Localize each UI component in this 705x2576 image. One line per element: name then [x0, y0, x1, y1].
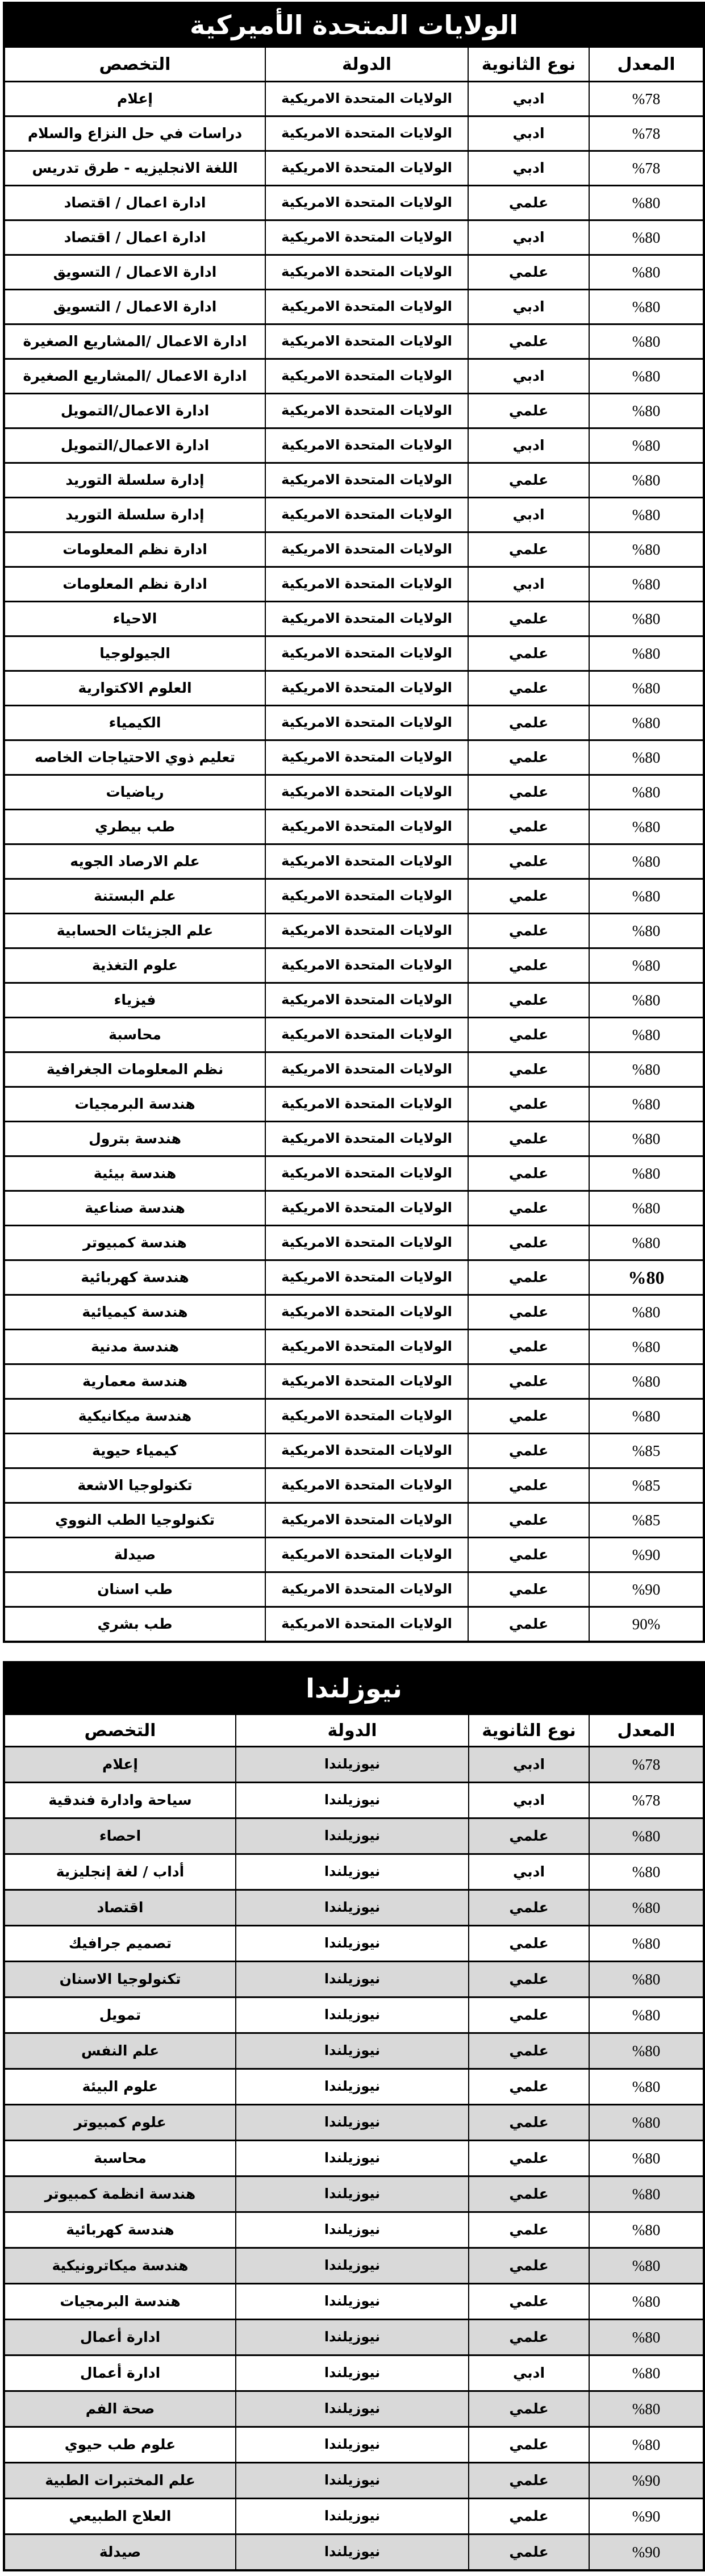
specialization-cell: إدارة سلسلة التوريد	[4, 498, 265, 532]
secondary-type-cell: علمي	[468, 1260, 589, 1295]
rate-cell: %80	[589, 532, 704, 567]
country-cell: الولايات المتحدة الامريكية	[265, 983, 468, 1018]
specialization-cell: علوم طب حيوي	[4, 2427, 236, 2463]
rate-cell: %80	[589, 1087, 704, 1122]
country-cell: نيوزيلندا	[236, 1997, 469, 2033]
rate-cell: %90	[589, 2463, 704, 2499]
specialization-cell: اللغة الانجليزيه - طرق تدريس	[4, 151, 265, 186]
specialization-cell: ادارة نظم المعلومات	[4, 532, 265, 567]
rate-cell: %80	[589, 2284, 704, 2320]
specialization-cell: ادارة الاعمال / التسويق	[4, 290, 265, 324]
specialization-cell: تكنولوجيا الاسنان	[4, 1962, 236, 1997]
table-header-row: المعدل نوع الثانوية الدولة التخصص	[4, 1714, 704, 1747]
table-title: الولايات المتحدة الأميركية	[4, 3, 704, 47]
country-cell: نيوزيلندا	[236, 2320, 469, 2356]
country-cell: نيوزيلندا	[236, 1747, 469, 1783]
rate-cell: %80	[589, 671, 704, 706]
secondary-type-cell: علمي	[469, 2427, 589, 2463]
table-row: %80علميالولايات المتحدة الامريكيةعلم الج…	[4, 914, 704, 948]
table-row: %80علمينيوزيلنداعلوم البيئة	[4, 2069, 704, 2105]
table-row: %80علميالولايات المتحدة الامريكيةالاحياء	[4, 602, 704, 636]
specialization-cell: هندسة صناعية	[4, 1191, 265, 1226]
country-cell: الولايات المتحدة الامريكية	[265, 1295, 468, 1330]
secondary-type-cell: علمي	[469, 2284, 589, 2320]
table-row: %80ادبيالولايات المتحدة الامريكيةادارة ا…	[4, 290, 704, 324]
secondary-type-cell: ادبي	[468, 82, 589, 116]
secondary-type-cell: علمي	[469, 2320, 589, 2356]
secondary-type-cell: علمي	[468, 706, 589, 740]
secondary-type-cell: علمي	[469, 2499, 589, 2535]
specialization-cell: تمويل	[4, 1997, 236, 2033]
table-row: %80علميالولايات المتحدة الامريكيةهندسة م…	[4, 1399, 704, 1434]
table-row: %80علميالولايات المتحدة الامريكيةهندسة ك…	[4, 1295, 704, 1330]
table-row: %80علمينيوزيلنداتصميم جرافيك	[4, 1926, 704, 1962]
rate-cell: %80	[589, 1295, 704, 1330]
country-cell: الولايات المتحدة الامريكية	[265, 1607, 468, 1642]
country-cell: نيوزيلندا	[236, 2463, 469, 2499]
secondary-type-cell: علمي	[468, 1538, 589, 1572]
country-cell: الولايات المتحدة الامريكية	[265, 1330, 468, 1364]
secondary-type-cell: ادبي	[468, 498, 589, 532]
country-cell: الولايات المتحدة الامريكية	[265, 810, 468, 844]
table-row: %80علميالولايات المتحدة الامريكيةعلم الب…	[4, 879, 704, 914]
rate-cell: %80	[589, 1890, 704, 1926]
rate-cell: %80	[589, 1997, 704, 2033]
specialization-cell: هندسة ميكاترونيكية	[4, 2248, 236, 2284]
table-row: %80علمينيوزيلنداتمويل	[4, 1997, 704, 2033]
table-row: %80علميالولايات المتحدة الامريكيةهندسة ا…	[4, 1087, 704, 1122]
rate-cell: %80	[589, 324, 704, 359]
country-cell: الولايات المتحدة الامريكية	[265, 1538, 468, 1572]
secondary-type-cell: علمي	[469, 2212, 589, 2248]
secondary-type-cell: علمي	[468, 532, 589, 567]
secondary-type-cell: ادبي	[468, 151, 589, 186]
rate-cell: %80	[589, 879, 704, 914]
secondary-type-cell: علمي	[468, 844, 589, 879]
rate-cell: %80	[589, 2356, 704, 2391]
table-row: %90علميالولايات المتحدة الامريكيةطب اسنا…	[4, 1572, 704, 1607]
specialization-cell: فيزياء	[4, 983, 265, 1018]
rate-cell: %80	[589, 810, 704, 844]
specialization-cell: هندسة البرمجيات	[4, 2284, 236, 2320]
specialization-cell: صحة الفم	[4, 2391, 236, 2427]
specialization-cell: علم الجزيئات الحسابية	[4, 914, 265, 948]
table-row: %80علميالولايات المتحدة الامريكيةادارة ا…	[4, 394, 704, 428]
rate-cell: 90%	[589, 1607, 704, 1642]
secondary-type-cell: علمي	[468, 1468, 589, 1503]
table-row: %80علمينيوزيلنداهندسة ميكاترونيكية	[4, 2248, 704, 2284]
country-cell: الولايات المتحدة الامريكية	[265, 116, 468, 151]
rate-cell: %90	[589, 2535, 704, 2571]
country-cell: الولايات المتحدة الامريكية	[265, 1572, 468, 1607]
rate-cell: %80	[589, 2212, 704, 2248]
country-cell: الولايات المتحدة الامريكية	[265, 186, 468, 220]
rate-cell: %80	[589, 2033, 704, 2069]
table-row: %80ادبينيوزيلنداادارة أعمال	[4, 2356, 704, 2391]
secondary-type-cell: علمي	[469, 1997, 589, 2033]
specialization-cell: هندسة بترول	[4, 1122, 265, 1156]
table-row: %80علميالولايات المتحدة الامريكيةالعلوم …	[4, 671, 704, 706]
specialization-cell: كيمياء حيوية	[4, 1434, 265, 1468]
secondary-type-cell: علمي	[468, 1364, 589, 1399]
secondary-type-cell: علمي	[469, 1926, 589, 1962]
table-row: %80علمينيوزيلنداهندسة البرمجيات	[4, 2284, 704, 2320]
specialization-cell: صيدلة	[4, 1538, 265, 1572]
specialization-cell: سياحة وادارة فندقية	[4, 1783, 236, 1818]
table-row: %90علمينيوزيلنداعلم المختبرات الطبية	[4, 2463, 704, 2499]
specialization-cell: محاسبة	[4, 1018, 265, 1052]
secondary-type-cell: علمي	[468, 1399, 589, 1434]
country-cell: الولايات المتحدة الامريكية	[265, 1122, 468, 1156]
rate-cell: %80	[589, 775, 704, 810]
country-cell: الولايات المتحدة الامريكية	[265, 151, 468, 186]
country-cell: نيوزيلندا	[236, 1926, 469, 1962]
secondary-type-cell: علمي	[468, 1503, 589, 1538]
rate-cell: %80	[589, 1926, 704, 1962]
country-cell: الولايات المتحدة الامريكية	[265, 671, 468, 706]
specialization-cell: هندسة انظمة كمبيوتر	[4, 2177, 236, 2212]
table-row: %80ادبيالولايات المتحدة الامريكيةادارة ا…	[4, 220, 704, 255]
rate-cell: %80	[589, 428, 704, 463]
country-cell: الولايات المتحدة الامريكية	[265, 948, 468, 983]
rate-cell: %80	[589, 2141, 704, 2177]
table-row: %80علميالولايات المتحدة الامريكيةمحاسبة	[4, 1018, 704, 1052]
country-cell: الولايات المتحدة الامريكية	[265, 706, 468, 740]
secondary-type-cell: علمي	[468, 1295, 589, 1330]
rate-cell: %80	[589, 2105, 704, 2141]
table-title-row: نيوزلندا	[4, 1662, 704, 1714]
country-cell: نيوزيلندا	[236, 2391, 469, 2427]
specialization-cell: ادارة أعمال	[4, 2320, 236, 2356]
specialization-cell: رياضيات	[4, 775, 265, 810]
table-row: %80علمينيوزيلندامحاسبة	[4, 2141, 704, 2177]
rate-cell: %80	[589, 498, 704, 532]
rate-cell: %80	[589, 706, 704, 740]
rate-cell: %80	[589, 290, 704, 324]
specialization-cell: أداب / لغة إنجليزية	[4, 1854, 236, 1890]
specialization-cell: إعلام	[4, 1747, 236, 1783]
country-cell: الولايات المتحدة الامريكية	[265, 220, 468, 255]
secondary-type-cell: علمي	[468, 879, 589, 914]
table-row: %78ادبيالولايات المتحدة الامريكيةاللغة ا…	[4, 151, 704, 186]
country-cell: الولايات المتحدة الامريكية	[265, 1364, 468, 1399]
table-row: %80علمينيوزيلنداصحة الفم	[4, 2391, 704, 2427]
secondary-type-cell: علمي	[468, 948, 589, 983]
rate-cell: %80	[589, 2320, 704, 2356]
rate-cell: %80	[589, 636, 704, 671]
country-cell: الولايات المتحدة الامريكية	[265, 1503, 468, 1538]
country-cell: نيوزيلندا	[236, 2212, 469, 2248]
rate-cell: %80	[589, 1818, 704, 1854]
table-row: %80علميالولايات المتحدة الامريكيةفيزياء	[4, 983, 704, 1018]
table-row: %80علميالولايات المتحدة الامريكيةنظم الم…	[4, 1052, 704, 1087]
specialization-cell: هندسة كمبيوتر	[4, 1226, 265, 1260]
rate-cell: %90	[589, 1538, 704, 1572]
secondary-type-cell: علمي	[468, 324, 589, 359]
specialization-cell: علم الارصاد الجويه	[4, 844, 265, 879]
table-row: %80علميالولايات المتحدة الامريكيةهندسة م…	[4, 1364, 704, 1399]
specialization-cell: نظم المعلومات الجغرافية	[4, 1052, 265, 1087]
specialization-cell: هندسة ميكانيكية	[4, 1399, 265, 1434]
rate-cell: %80	[589, 914, 704, 948]
secondary-type-cell: علمي	[468, 1087, 589, 1122]
specialization-cell: العلوم الاكتوارية	[4, 671, 265, 706]
table-title-row: الولايات المتحدة الأميركية	[4, 3, 704, 47]
country-cell: الولايات المتحدة الامريكية	[265, 1087, 468, 1122]
table-row: %80علمينيوزيلندااحصاء	[4, 1818, 704, 1854]
table-row: %85علميالولايات المتحدة الامريكيةتكنولوج…	[4, 1503, 704, 1538]
country-cell: نيوزيلندا	[236, 2499, 469, 2535]
country-cell: نيوزيلندا	[236, 2105, 469, 2141]
country-cell: الولايات المتحدة الامريكية	[265, 498, 468, 532]
secondary-type-cell: علمي	[468, 671, 589, 706]
country-cell: نيوزيلندا	[236, 2427, 469, 2463]
secondary-type-cell: علمي	[468, 186, 589, 220]
secondary-type-cell: علمي	[468, 1018, 589, 1052]
secondary-type-cell: علمي	[469, 2033, 589, 2069]
col-header-rate: المعدل	[589, 47, 704, 82]
table-row: %80علمينيوزيلنداعلم النفس	[4, 2033, 704, 2069]
specialization-cell: هندسة البرمجيات	[4, 1087, 265, 1122]
rate-cell: %80	[589, 1364, 704, 1399]
country-cell: الولايات المتحدة الامريكية	[265, 532, 468, 567]
rate-cell: %90	[589, 2499, 704, 2535]
rate-cell: %78	[589, 82, 704, 116]
specialization-cell: هندسة بيئية	[4, 1156, 265, 1191]
specialization-cell: ادارة نظم المعلومات	[4, 567, 265, 602]
rate-cell: %85	[589, 1468, 704, 1503]
rate-cell: %80	[589, 2391, 704, 2427]
table-row: %80ادبيالولايات المتحدة الامريكيةادارة ن…	[4, 567, 704, 602]
specialization-cell: ادارة الاعمال /المشاريع الصغيرة	[4, 359, 265, 394]
rate-cell: %80	[589, 1018, 704, 1052]
table-row: %78ادبينيوزيلنداسياحة وادارة فندقية	[4, 1783, 704, 1818]
secondary-type-cell: علمي	[469, 1962, 589, 1997]
secondary-type-cell: علمي	[468, 636, 589, 671]
secondary-type-cell: علمي	[468, 255, 589, 290]
country-cell: نيوزيلندا	[236, 1962, 469, 1997]
table-row: %80علميالولايات المتحدة الامريكيةطب بيطر…	[4, 810, 704, 844]
table-row: %80علميالولايات المتحدة الامريكيةهندسة ب…	[4, 1122, 704, 1156]
table-row: %90علمينيوزيلنداالعلاج الطبيعي	[4, 2499, 704, 2535]
country-cell: الولايات المتحدة الامريكية	[265, 636, 468, 671]
secondary-type-cell: علمي	[468, 463, 589, 498]
country-cell: الولايات المتحدة الامريكية	[265, 740, 468, 775]
secondary-type-cell: ادبي	[468, 428, 589, 463]
specialization-cell: ادارة اعمال / اقتصاد	[4, 186, 265, 220]
rate-cell: %80	[589, 2248, 704, 2284]
country-cell: الولايات المتحدة الامريكية	[265, 1226, 468, 1260]
rate-cell: %80	[589, 2069, 704, 2105]
rate-cell: %90	[589, 1572, 704, 1607]
col-header-country: الدولة	[265, 47, 468, 82]
secondary-type-cell: ادبي	[469, 2356, 589, 2391]
specialization-cell: علوم كمبيوتر	[4, 2105, 236, 2141]
secondary-type-cell: علمي	[469, 2463, 589, 2499]
country-cell: نيوزيلندا	[236, 1890, 469, 1926]
specialization-cell: إدارة سلسلة التوريد	[4, 463, 265, 498]
table-body: %78ادبينيوزيلنداإعلام%78ادبينيوزيلنداسيا…	[4, 1747, 704, 2571]
secondary-type-cell: علمي	[469, 2391, 589, 2427]
table-row: %80ادبيالولايات المتحدة الامريكيةإدارة س…	[4, 498, 704, 532]
rate-cell: %80	[589, 983, 704, 1018]
country-cell: الولايات المتحدة الامريكية	[265, 1156, 468, 1191]
country-cell: الولايات المتحدة الامريكية	[265, 428, 468, 463]
table-row: %80علمينيوزيلنداهندسة كهربائية	[4, 2212, 704, 2248]
country-cell: الولايات المتحدة الامريكية	[265, 1018, 468, 1052]
table-row: %80علميالولايات المتحدة الامريكيةادارة ا…	[4, 324, 704, 359]
table-row: %80علميالولايات المتحدة الامريكيةرياضيات	[4, 775, 704, 810]
rate-cell: %80	[589, 1122, 704, 1156]
secondary-type-cell: علمي	[468, 1226, 589, 1260]
specialization-cell: طب بيطري	[4, 810, 265, 844]
secondary-type-cell: علمي	[468, 1052, 589, 1087]
specialization-cell: تعليم ذوي الاحتياجات الخاصه	[4, 740, 265, 775]
rate-cell: %80	[589, 1330, 704, 1364]
table-row: %80علميالولايات المتحدة الامريكيةهندسة ك…	[4, 1260, 704, 1295]
table-row: %80علميالولايات المتحدة الامريكيةادارة ا…	[4, 255, 704, 290]
table-row: %80علمينيوزيلنداعلوم طب حيوي	[4, 2427, 704, 2463]
page: { "tables": [ { "title": "الولايات المتح…	[0, 0, 705, 2576]
col-header-specialization: التخصص	[4, 47, 265, 82]
secondary-type-cell: علمي	[469, 2105, 589, 2141]
specialization-cell: الاحياء	[4, 602, 265, 636]
specialization-cell: ادارة الاعمال /المشاريع الصغيرة	[4, 324, 265, 359]
country-cell: الولايات المتحدة الامريكية	[265, 290, 468, 324]
rate-cell: %78	[589, 1783, 704, 1818]
specialization-cell: صيدلة	[4, 2535, 236, 2571]
table-body: %78ادبيالولايات المتحدة الامريكيةإعلام%7…	[4, 82, 704, 1642]
table-row: %80علمينيوزيلنداهندسة انظمة كمبيوتر	[4, 2177, 704, 2212]
secondary-type-cell: ادبي	[468, 290, 589, 324]
country-cell: الولايات المتحدة الامريكية	[265, 602, 468, 636]
col-header-specialization: التخصص	[4, 1714, 236, 1747]
specialization-cell: دراسات في حل النزاع والسلام	[4, 116, 265, 151]
specialization-cell: تكنولوجيا الاشعة	[4, 1468, 265, 1503]
table-header-row: المعدل نوع الثانوية الدولة التخصص	[4, 47, 704, 82]
table-row: %80علمينيوزيلنداعلوم كمبيوتر	[4, 2105, 704, 2141]
secondary-type-cell: علمي	[468, 394, 589, 428]
new-zealand-requirements-table: نيوزلندا المعدل نوع الثانوية الدولة التخ…	[3, 1661, 705, 2571]
table-title: نيوزلندا	[4, 1662, 704, 1714]
table-row: %78ادبيالولايات المتحدة الامريكيةدراسات …	[4, 116, 704, 151]
specialization-cell: هندسة كهربائية	[4, 1260, 265, 1295]
country-cell: الولايات المتحدة الامريكية	[265, 567, 468, 602]
table-row: %80علميالولايات المتحدة الامريكيةالجيولو…	[4, 636, 704, 671]
rate-cell: %80	[589, 1226, 704, 1260]
specialization-cell: تصميم جرافيك	[4, 1926, 236, 1962]
usa-requirements-table: الولايات المتحدة الأميركية المعدل نوع ال…	[3, 2, 705, 1643]
table-row: %80علميالولايات المتحدة الامريكيةتعليم ذ…	[4, 740, 704, 775]
specialization-cell: ادارة أعمال	[4, 2356, 236, 2391]
country-cell: نيوزيلندا	[236, 2535, 469, 2571]
rate-cell: %80	[589, 220, 704, 255]
col-header-country: الدولة	[236, 1714, 469, 1747]
country-cell: نيوزيلندا	[236, 2177, 469, 2212]
table-row: %80علميالولايات المتحدة الامريكيةعلوم ال…	[4, 948, 704, 983]
rate-cell: %80	[589, 740, 704, 775]
specialization-cell: إعلام	[4, 82, 265, 116]
secondary-type-cell: علمي	[468, 740, 589, 775]
specialization-cell: هندسة معمارية	[4, 1364, 265, 1399]
table-row: %80علميالولايات المتحدة الامريكيةادارة ن…	[4, 532, 704, 567]
table-row: %78ادبينيوزيلنداإعلام	[4, 1747, 704, 1783]
table-row: %80ادبينيوزيلنداأداب / لغة إنجليزية	[4, 1854, 704, 1890]
rate-cell: %80	[589, 394, 704, 428]
specialization-cell: علم البستنة	[4, 879, 265, 914]
specialization-cell: علم النفس	[4, 2033, 236, 2069]
table-row: %80علميالولايات المتحدة الامريكيةهندسة ص…	[4, 1191, 704, 1226]
specialization-cell: هندسة مدنية	[4, 1330, 265, 1364]
country-cell: الولايات المتحدة الامريكية	[265, 1434, 468, 1468]
secondary-type-cell: علمي	[468, 1607, 589, 1642]
country-cell: نيوزيلندا	[236, 2356, 469, 2391]
specialization-cell: العلاج الطبيعي	[4, 2499, 236, 2535]
secondary-type-cell: علمي	[469, 2535, 589, 2571]
rate-cell: %85	[589, 1434, 704, 1468]
country-cell: نيوزيلندا	[236, 2069, 469, 2105]
country-cell: الولايات المتحدة الامريكية	[265, 82, 468, 116]
col-header-secondary-type: نوع الثانوية	[468, 47, 589, 82]
table-row: %85علميالولايات المتحدة الامريكيةكيمياء …	[4, 1434, 704, 1468]
rate-cell: %80	[589, 463, 704, 498]
country-cell: الولايات المتحدة الامريكية	[265, 324, 468, 359]
secondary-type-cell: علمي	[469, 1890, 589, 1926]
rate-cell: %78	[589, 116, 704, 151]
country-cell: الولايات المتحدة الامريكية	[265, 844, 468, 879]
table-row: %80علميالولايات المتحدة الامريكيةإدارة س…	[4, 463, 704, 498]
specialization-cell: علم المختبرات الطبية	[4, 2463, 236, 2499]
secondary-type-cell: ادبي	[468, 359, 589, 394]
secondary-type-cell: علمي	[468, 1122, 589, 1156]
table-row: %80علميالولايات المتحدة الامريكيةهندسة ب…	[4, 1156, 704, 1191]
country-cell: الولايات المتحدة الامريكية	[265, 359, 468, 394]
country-cell: الولايات المتحدة الامريكية	[265, 1468, 468, 1503]
specialization-cell: تكنولوجيا الطب النووي	[4, 1503, 265, 1538]
rate-cell: %85	[589, 1503, 704, 1538]
rate-cell: %80	[589, 1052, 704, 1087]
table-row: %80علمينيوزيلنداتكنولوجيا الاسنان	[4, 1962, 704, 1997]
specialization-cell: ادارة الاعمال / التسويق	[4, 255, 265, 290]
specialization-cell: اقتصاد	[4, 1890, 236, 1926]
table-row: %80ادبيالولايات المتحدة الامريكيةادارة ا…	[4, 428, 704, 463]
secondary-type-cell: علمي	[468, 1572, 589, 1607]
specialization-cell: علوم التغذية	[4, 948, 265, 983]
country-cell: نيوزيلندا	[236, 2033, 469, 2069]
rate-cell: %80	[589, 2427, 704, 2463]
col-header-secondary-type: نوع الثانوية	[469, 1714, 589, 1747]
table-row: %85علميالولايات المتحدة الامريكيةتكنولوج…	[4, 1468, 704, 1503]
secondary-type-cell: علمي	[468, 775, 589, 810]
country-cell: الولايات المتحدة الامريكية	[265, 463, 468, 498]
country-cell: الولايات المتحدة الامريكية	[265, 879, 468, 914]
rate-cell: %80	[589, 2177, 704, 2212]
table-row: %90علميالولايات المتحدة الامريكيةصيدلة	[4, 1538, 704, 1572]
country-cell: الولايات المتحدة الامريكية	[265, 775, 468, 810]
rate-cell: %80	[589, 1156, 704, 1191]
specialization-cell: طب بشري	[4, 1607, 265, 1642]
secondary-type-cell: علمي	[468, 602, 589, 636]
country-cell: نيوزيلندا	[236, 2248, 469, 2284]
secondary-type-cell: علمي	[469, 1818, 589, 1854]
table-row: %80علميالولايات المتحدة الامريكيةهندسة ك…	[4, 1226, 704, 1260]
table-row: %90علمينيوزيلنداصيدلة	[4, 2535, 704, 2571]
country-cell: نيوزيلندا	[236, 2284, 469, 2320]
country-cell: نيوزيلندا	[236, 2141, 469, 2177]
specialization-cell: طب اسنان	[4, 1572, 265, 1607]
country-cell: نيوزيلندا	[236, 1854, 469, 1890]
secondary-type-cell: ادبي	[469, 1747, 589, 1783]
